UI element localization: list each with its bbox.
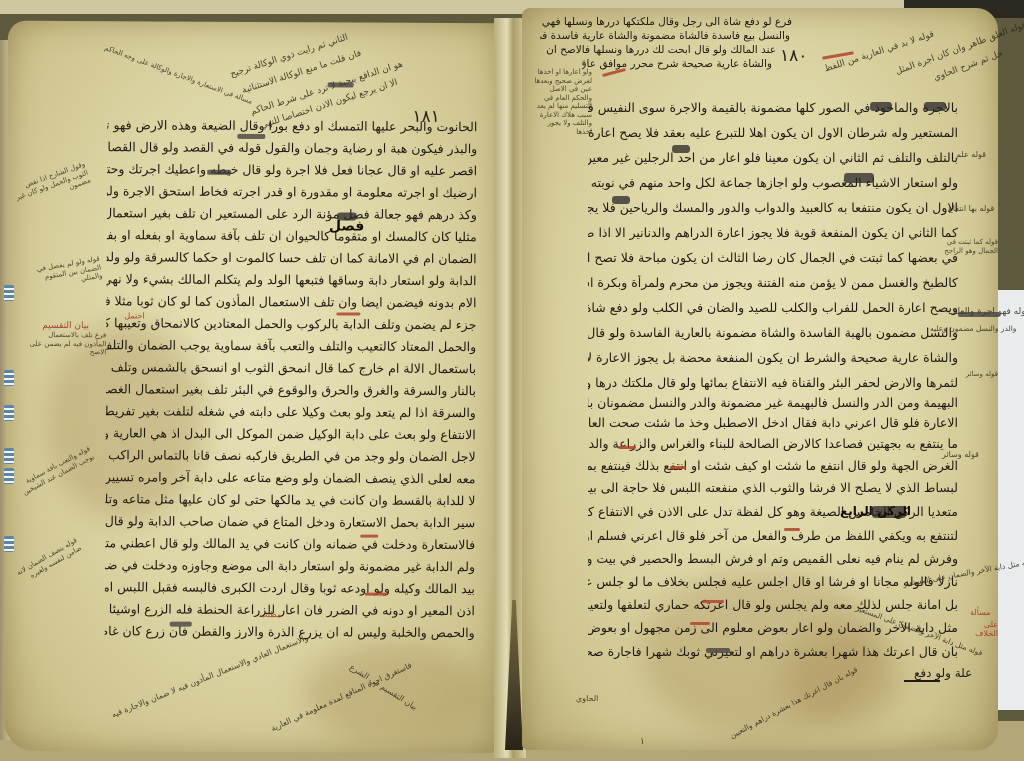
main-text-line: والشاة عارية صحيحة والشرط ان يكون المنفع… [588,350,958,366]
bottom-left-note: الحاوي [576,694,598,703]
red-annotation: احتمل [124,311,144,320]
catchword: علة ولو دفع [914,666,972,680]
red-annotation: مسألة [970,608,991,617]
rubric-overline [618,446,636,449]
rubric-overline [365,593,387,596]
main-text-line: اقصر عليه او قال عجانا فعل فلا اجرة ولو … [107,161,477,179]
main-text-line: وفرش لم ينام فيه نعلى القميص وتم او فرش … [588,551,958,567]
main-text-line: في بعضها كما ثبتت في الجمال كان رضا الثا… [588,250,958,266]
main-text-line: ارضيك او اجرته معلومة او مقدورة او قدر ا… [107,183,477,201]
rubric-overline [336,312,360,315]
main-text-line: بيد المالك وكيله ولو اودعه ثوبا وقال ارد… [105,579,475,597]
main-text-line: الانتفاع ولو بعث على دابة الوكيل ضمن الم… [106,425,476,443]
margin-gloss: قوله بها انتفاع [948,204,994,213]
margin-gloss: قوله كما ثبتت في الجمال وهو الراجح [928,238,998,274]
heading-overline [672,145,690,153]
main-text-line: الاول ان يكون منتفعا به كالعبيد والدواب … [588,200,958,216]
page-number: ١٨٠ [780,46,807,66]
binding-tab [4,468,14,484]
section-heading: الركن الرابع [840,504,911,518]
binding-tab [4,370,14,386]
binding-tab [4,285,14,301]
margin-gloss: قوله وسائر [942,450,979,459]
heading-overline [924,102,946,111]
main-text-line: كما الثاني ان يكون المنفعة قوية فلا يجوز… [588,225,958,241]
main-text-line: والنسل مضمون بالهبة الفاسدة والشاة مضمون… [588,325,958,341]
margin-gloss: قوله وسائر [936,370,998,402]
catchword-stroke [904,680,940,682]
rubric-overline [784,528,800,531]
main-text-line: ما ينتفع به بجهتين فصاعدا كالارض الصالحة… [588,436,958,452]
heading-overline [844,173,874,183]
margin-gloss: قوله بنصف الضمان لانه ضامن لنفسه ولغيره [0,536,124,665]
bottom-gloss-line: والاستعمال العادي والاستعمال المأذون فيه… [110,633,309,719]
rubric-overline [690,622,710,625]
main-text-line: بان قال اعرتك هذا شهرا بعشرة دراهم او لت… [588,644,958,660]
rubric-overline [360,535,378,538]
main-text-line: الغرض الجهة ولو قال انتفع ما شئت او كيف … [588,458,958,474]
main-text-line: سير الدابة بحمل الاستعارة ودخل المتاع في… [105,513,475,531]
main-text-line: لتنتفع به ويكفي اللفظ من طرف والفعل من آ… [588,528,958,544]
heading-overline [870,102,892,111]
main-text-line: بالنار والسرقة والغرق والحرق والوقوع في … [106,381,476,399]
overline-mark [958,312,1000,317]
margin-gloss: قوله علم [956,150,986,159]
main-text-line: ويصح اعارة الحمل للفراب والكلب للصيد وال… [588,300,958,316]
main-text-line: لبساط الذي لا يصلح الا فرشا والثوب الذي … [588,480,958,496]
main-text-line: بالتلف والتلف ثم الثاني ان يكون معينا فل… [588,150,958,166]
main-text-line: والحمل المعتاد كالتعيب والتلف والتعب بآف… [106,337,476,355]
margin-gloss: فرع تلف بالاستعمال المأذون فيه لم يضمن ع… [26,331,107,451]
main-text-line: فالاستعارة ودخلت في ضمانه وان كانت في يد… [105,535,475,553]
main-text-line: المستعير وله شرطان الاول ان يكون اهلا لل… [588,125,958,141]
red-annotation: مطلب [260,610,281,619]
red-annotation: على الخلاف [962,620,998,638]
margin-gloss: قوله ولو لم يفصل في الضمان بين المتقوم و… [20,255,109,328]
main-text-line: الحانوت والبحر عليها التمسك او دفع بورا … [107,117,477,135]
overline-mark [237,134,265,139]
main-text-line: ولم الدابة غير مضمونة ولو استعار دابة ال… [105,557,475,575]
overline-mark [706,648,730,653]
overline-mark [207,170,231,175]
main-text-line: لثمرها والارض لحفر البئر والقناة فيه الا… [588,375,958,391]
rubric-overline [670,466,686,469]
binding-tab [4,448,14,464]
main-text-line: جزء لم يضمن وتلف الدابة بالركوب والحمل ا… [106,315,476,333]
main-text-line: لاجل الضمان ولو وجد من في الطريق فاركبه … [106,447,476,465]
overline-mark [170,622,192,627]
left-page: ١٨١ الثاني ثم رايت ذوي الوكالة ترجيح فان… [4,21,502,754]
main-text-line: بالاجرة والماخوذ في الصور كلها مضمونة با… [588,100,958,116]
overline-mark [328,82,354,87]
main-text-line: والسرقة اذا لم يتعد ولو بعث وكيلا على دا… [106,403,476,421]
right-page: فرع لو دفع شاة الى رجل وقال ملكتكها درره… [522,8,998,750]
folio-mark: ١ [640,738,645,747]
manuscript-photo: ١٨١ الثاني ثم رايت ذوي الوكالة ترجيح فان… [0,0,1024,761]
main-text-line: الاعارة فلو قال اعرني دابة فقال ادخل الا… [588,415,958,431]
top-note-line: والشاة عارية صحيحة شرح محرر موافق عاق ال… [582,56,772,72]
main-text-line: والبذر فيكون هبة او رضاية وجمان والقول ق… [107,139,477,157]
main-text-line: البهيمة ومن الدر والنسل فالبهيمة غير مضم… [588,395,958,411]
main-text-line: كالطبخ والغسل ممن لا يؤمن منه الفتنة ويج… [588,275,958,291]
margin-gloss: والدر والنسل مضمون وعليه [930,324,1016,333]
main-text-line: الام بدونه فيضمن ايضا وان تلف الاستعمال … [106,293,476,311]
main-text-line: اذن المعير او دونه في الضرر فان اعار للز… [105,601,475,619]
main-text-line: معه لعلى الذي ينصف الضمان ولو وضع متاعه … [105,469,475,487]
rubric-overline [702,600,724,603]
binding-tab [4,536,14,552]
heading-overline [612,196,630,204]
main-text-line: بل امانة جلس لذلك معه ولم يجلس ولو قال ا… [588,597,958,613]
binding-tab [4,405,14,421]
margin-gloss: ولو اعارها او اخذها لغرض صحيح وبعدها عين… [532,68,592,248]
main-text-line: ولو استعار الاشياء المغصوب ولو اجازها جم… [588,175,958,191]
section-heading: فصل [329,218,365,234]
